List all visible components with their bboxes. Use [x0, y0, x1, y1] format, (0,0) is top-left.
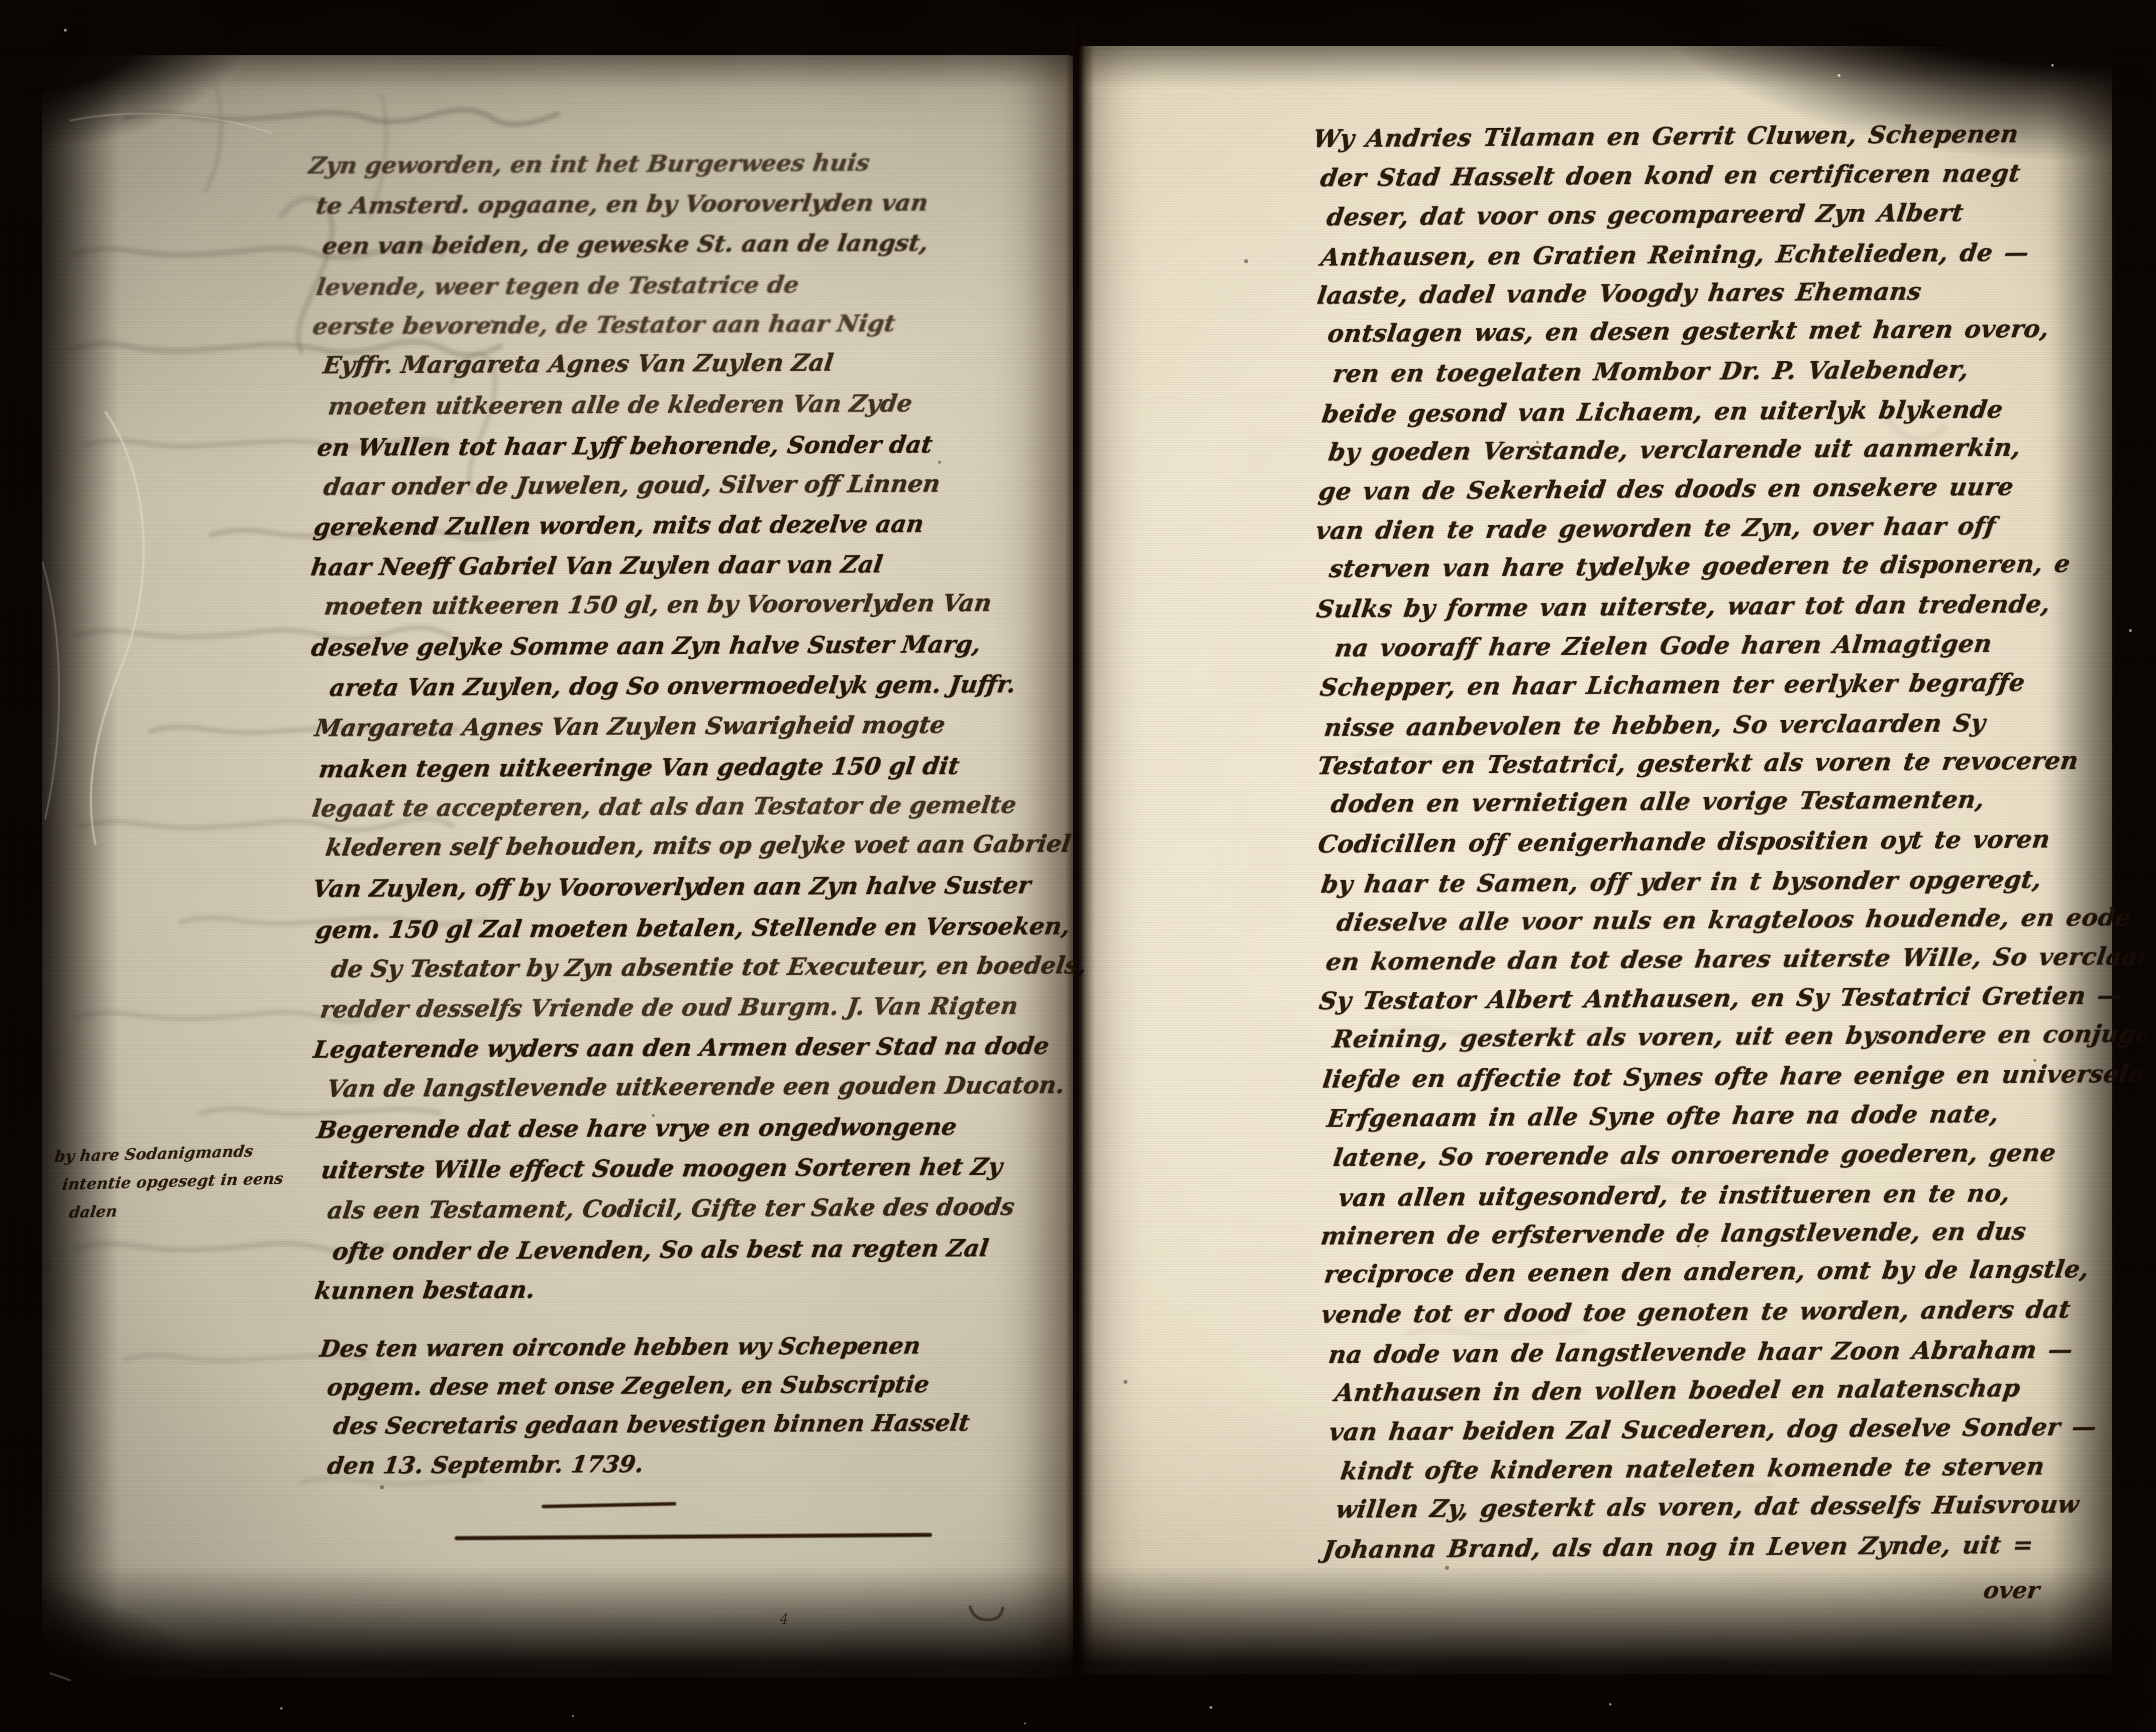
manuscript-line: de Sy Testator by Zyn absentie tot Execu…: [329, 946, 1070, 990]
manuscript-line: eerste bevorende, de Testator aan haar N…: [310, 302, 1066, 347]
manuscript-line: haar Neeff Gabriel Van Zuylen daar van Z…: [309, 544, 1068, 588]
manuscript-line: beide gesond van Lichaem, en uiterlyk bl…: [1319, 389, 2111, 434]
manuscript-line: moeten uitkeeren 150 gl, en by Vooroverl…: [322, 583, 1068, 627]
manuscript-line: by haar te Samen, off yder in t bysonder…: [1319, 859, 2115, 904]
manuscript-line: na dode van de langstlevende haar Zoon A…: [1326, 1330, 2118, 1374]
manuscript-line: maken tegen uitkeeringe Van gedagte 150 …: [316, 746, 1068, 790]
right-page-text: Wy Andries Tilaman en Gerrit Cluwen, Sch…: [1310, 114, 2114, 1570]
manuscript-line: Eyffr. Margareta Agnes Van Zuylen Zal: [321, 342, 1067, 386]
manuscript-line: mineren de erfstervende de langstlevende…: [1318, 1211, 2117, 1256]
manuscript-line: ge van de Sekerheid des doods en onseker…: [1316, 466, 2112, 511]
manuscript-line: Zyn geworden, en int het Burgerwees huis: [306, 142, 1065, 186]
manuscript-line: gerekend Zullen worden, mits dat dezelve…: [311, 503, 1067, 548]
manuscript-line: liefde en affectie tot Synes ofte hare e…: [1320, 1054, 2116, 1099]
manuscript-line: en komende dan tot dese hares uiterste W…: [1323, 937, 2115, 981]
manuscript-line: Van Zuylen, off by Vooroverlyden aan Zyn…: [310, 865, 1069, 909]
manuscript-line: Erfgenaam in alle Syne ofte hare na dode…: [1324, 1093, 2116, 1138]
manuscript-line: ofte onder de Levenden, So als best na r…: [330, 1228, 1071, 1272]
left-page-closing: Des ten waren oirconde hebben wy Schepen…: [317, 1326, 1052, 1484]
gutter-shadow: [1065, 0, 1094, 1732]
manuscript-line: kindt ofte kinderen nateleten komende te…: [1338, 1446, 2119, 1491]
manuscript-line: nisse aanbevolen te hebben, So verclaard…: [1321, 702, 2113, 747]
manuscript-line: by goeden Verstande, verclarende uit aan…: [1326, 427, 2112, 472]
margin-note: by hare Sodanigmandsintentie opgesegt in…: [52, 1137, 286, 1228]
manuscript-line: Des ten waren oirconde hebben wy Schepen…: [318, 1326, 1056, 1368]
manuscript-line: doden en vernietigen alle vorige Testame…: [1328, 779, 2114, 824]
manuscript-line: Legaterende wyders aan den Armen deser S…: [311, 1026, 1070, 1070]
manuscript-line: als een Testament, Codicil, Gifte ter Sa…: [325, 1187, 1071, 1231]
manuscript-line: sterven van hare tydelyke goederen te di…: [1327, 544, 2113, 588]
manuscript-line: latene, So roerende als onroerende goede…: [1331, 1133, 2117, 1177]
manuscript-line: Sulks by forme van uiterste, waar tot da…: [1314, 584, 2113, 629]
manuscript-line: Anthausen in den vollen boedel en nalate…: [1332, 1368, 2118, 1412]
manuscript-line: uiterste Wille effect Soude moogen Sorte…: [319, 1147, 1071, 1191]
manuscript-line: ontslagen was, en desen gesterkt met har…: [1325, 309, 2111, 353]
manuscript-line: den 13. Septembr. 1739.: [325, 1443, 1057, 1485]
foot-mark: 4: [780, 1612, 788, 1627]
manuscript-line: Reining, gesterkt als voren, uit een bys…: [1330, 1014, 2116, 1059]
manuscript-line: te Amsterd. opgaane, en by Vooroverlyden…: [314, 182, 1066, 226]
manuscript-line: van allen uitgesonderd, te institueren e…: [1336, 1173, 2117, 1217]
manuscript-line: willen Zy, gesterkt als voren, dat desse…: [1333, 1484, 2119, 1529]
manuscript-line: moeten uitkeeren alle de klederen Van Zy…: [326, 383, 1067, 427]
manuscript-line: Testator en Testatrici, gesterkt als vor…: [1315, 741, 2114, 785]
manuscript-line: een van beiden, de geweske St. aan de la…: [320, 222, 1066, 266]
manuscript-line: na vooraff hare Zielen Gode haren Almagt…: [1332, 623, 2113, 668]
manuscript-line: Margareta Agnes Van Zuylen Swarigheid mo…: [312, 704, 1068, 749]
manuscript-line: legaat te accepteren, dat als dan Testat…: [310, 785, 1069, 829]
manuscript-line: Codicillen off eenigerhande dispositien …: [1315, 819, 2114, 864]
manuscript-line: gem. 150 gl Zal moeten betalen, Stellend…: [313, 906, 1069, 951]
manuscript-line: der Stad Hasselt doen kond en certificer…: [1318, 153, 2110, 197]
left-page-text: Zyn geworden, en int het Burgerwees huis…: [306, 142, 1066, 1311]
manuscript-line: van dien te rade geworden te Zyn, over h…: [1313, 505, 2112, 550]
manuscript-line: daar onder de Juwelen, goud, Silver off …: [321, 463, 1067, 507]
catchword: over: [1982, 1577, 2041, 1604]
manuscript-line: deselve gelyke Somme aan Zyn halve Suste…: [309, 624, 1068, 668]
manuscript-line: Wy Andries Tilaman en Gerrit Cluwen, Sch…: [1310, 114, 2109, 158]
manuscript-line: en Wullen tot haar Lyff behorende, Sonde…: [315, 424, 1067, 468]
manuscript-line: opgem. dese met onse Zegelen, en Subscri…: [325, 1364, 1056, 1407]
manuscript-line: Sy Testator Albert Anthausen, en Sy Test…: [1316, 976, 2115, 1021]
manuscript-line: Van de langstlevende uitkeerende een gou…: [324, 1065, 1070, 1109]
manuscript-line: redder desselfs Vriende de oud Burgm. J.…: [318, 986, 1070, 1030]
manuscript-line: laaste, dadel vande Voogdy hares Ehemans: [1315, 270, 2111, 315]
manuscript-line: Begerende dat dese hare vrye en ongedwon…: [314, 1106, 1070, 1151]
manuscript-line: klederen self behouden, mits op gelyke v…: [323, 824, 1069, 868]
manuscript-photo: Zyn geworden, en int het Burgerwees huis…: [0, 0, 2156, 1732]
manuscript-line: des Secretaris gedaan bevestigen binnen …: [331, 1403, 1056, 1446]
manuscript-line: van haar beiden Zal Sucederen, dog desel…: [1326, 1407, 2118, 1452]
manuscript-line: levende, weer tegen de Testatrice de: [314, 263, 1066, 308]
manuscript-line: ren en toegelaten Mombor Dr. P. Valebend…: [1330, 349, 2111, 393]
manuscript-line: deser, dat voor ons gecompareerd Zyn Alb…: [1324, 192, 2110, 237]
manuscript-line: reciproce den eenen den anderen, omt by …: [1322, 1249, 2118, 1294]
manuscript-line: Schepper, en haar Lichamen ter eerlyker …: [1317, 662, 2113, 707]
manuscript-line: areta Van Zuylen, dog So onvermoedelyk g…: [327, 664, 1068, 708]
manuscript-line: kunnen bestaan.: [312, 1267, 1071, 1311]
manuscript-line: dieselve alle voor nuls en kragteloos ho…: [1334, 897, 2115, 942]
manuscript-line: Anthausen, en Gratien Reining, Echtelied…: [1318, 232, 2110, 277]
manuscript-line: Johanna Brand, als dan nog in Leven Zynd…: [1320, 1524, 2119, 1569]
manuscript-line: vende tot er dood toe genoten te worden,…: [1319, 1289, 2118, 1334]
